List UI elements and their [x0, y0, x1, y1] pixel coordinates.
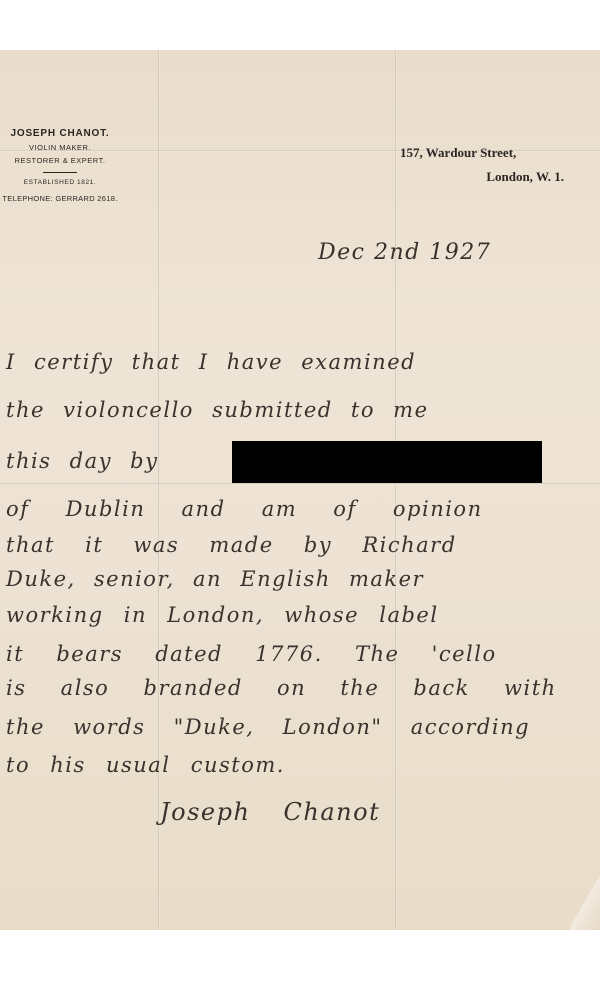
letter-line: working in London, whose label [6, 603, 439, 627]
letterhead-business: JOSEPH CHANOT. VIOLIN MAKER. RESTORER & … [0, 128, 120, 203]
fold-line [0, 483, 600, 485]
letter-line: to his usual custom. [6, 753, 285, 777]
redaction-bar [232, 441, 542, 483]
letter-line: that it was made by Richard [6, 533, 457, 557]
established-year: ESTABLISHED 1821. [0, 179, 120, 186]
business-title-2: RESTORER & EXPERT. [0, 156, 120, 165]
letter-line: is also branded on the back with [6, 676, 557, 700]
fold-line [395, 50, 397, 930]
business-title-1: VIOLIN MAKER. [0, 143, 120, 152]
telephone-number: TELEPHONE: GERRARD 2618. [0, 194, 120, 203]
letter-line: it bears dated 1776. The 'cello [6, 642, 497, 666]
letter-line: Duke, senior, an English maker [6, 567, 424, 591]
address-city: London, W. 1. [400, 169, 570, 185]
letter-line: the violoncello submitted to me [6, 398, 429, 422]
letter-line: this day by [6, 449, 158, 473]
letterhead-address: 157, Wardour Street, London, W. 1. [400, 145, 570, 185]
letter-line: of Dublin and am of opinion [6, 497, 483, 521]
letter-line: the words "Duke, London" according [6, 715, 530, 739]
divider [43, 172, 77, 173]
letter-date: Dec 2nd 1927 [318, 240, 491, 265]
signature: Joseph Chanot [160, 798, 380, 826]
letter-line: I certify that I have examined [6, 350, 416, 374]
business-name: JOSEPH CHANOT. [0, 128, 120, 139]
address-street: 157, Wardour Street, [400, 145, 570, 161]
